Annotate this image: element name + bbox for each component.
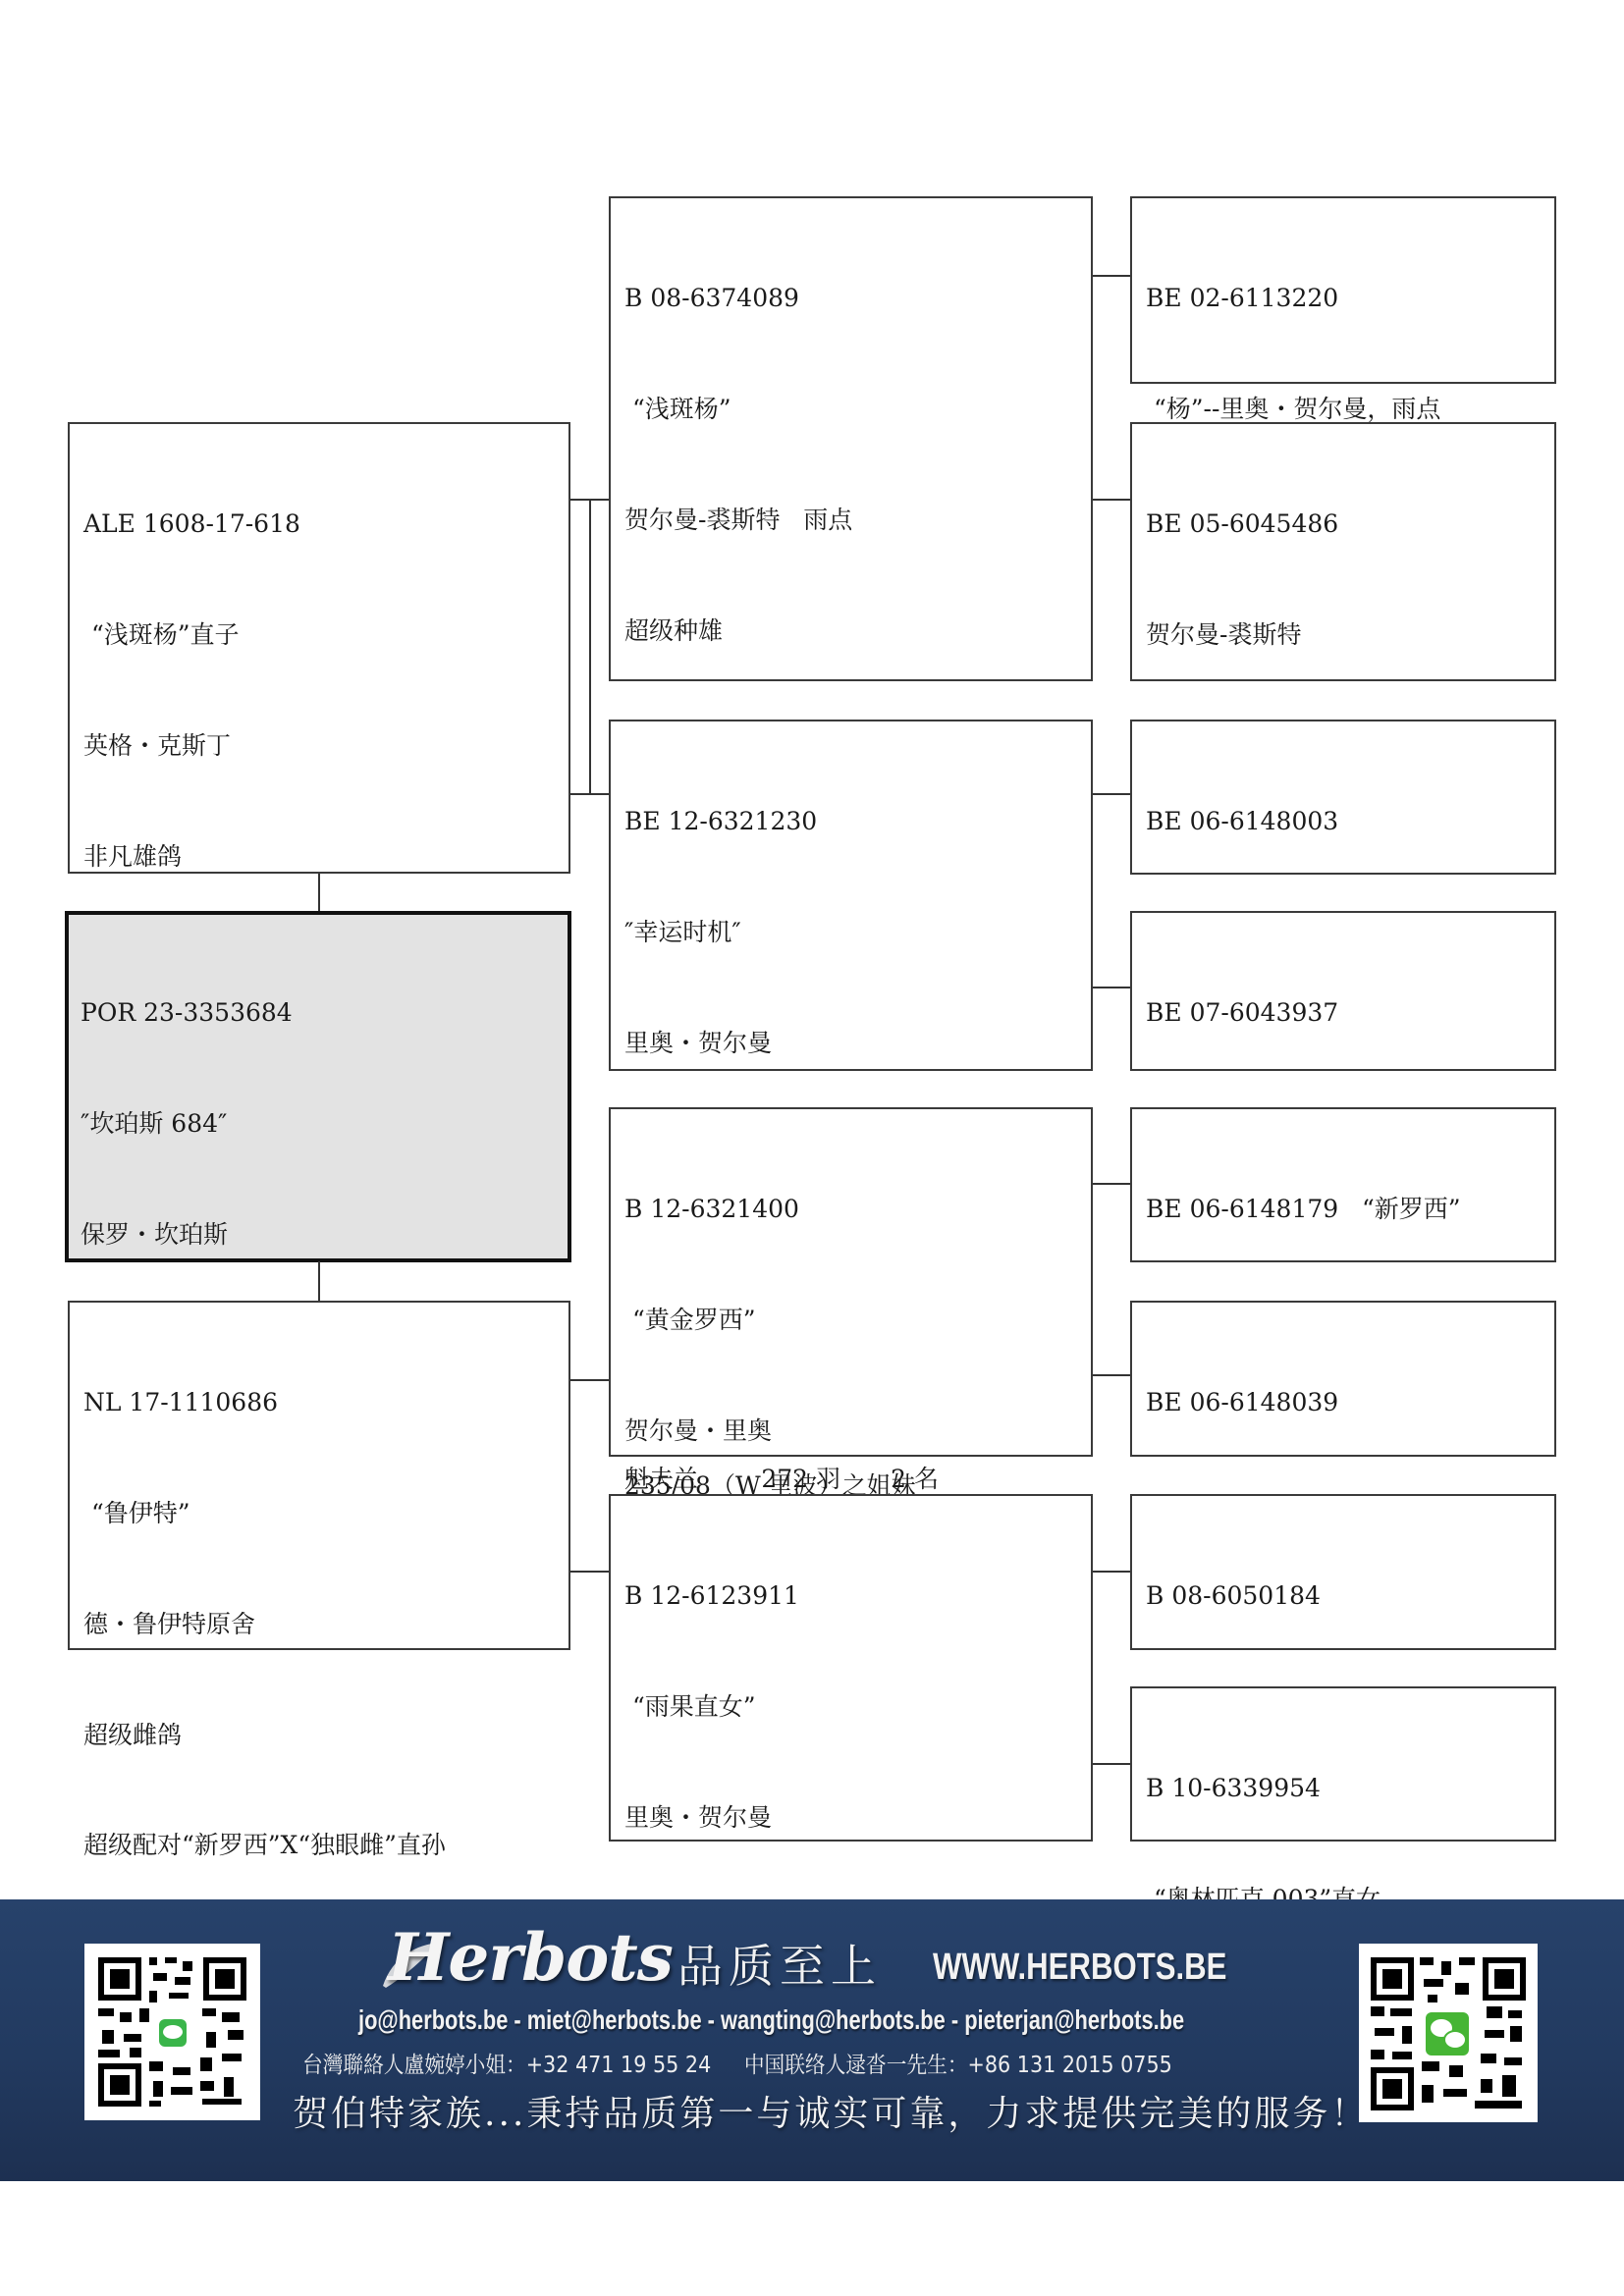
great-grandparent-card-1: BE 02-6113220 “杨”--里奥・贺尔曼，雨点 本身荣获： 02 年“… xyxy=(1130,196,1556,384)
connector-line xyxy=(570,499,590,501)
dam-note: 超级配对“新罗西”X“独眼雌”直孙 xyxy=(83,1827,555,1864)
connector-line xyxy=(570,793,590,795)
connector-line xyxy=(1093,1374,1130,1376)
subject-name: ″坎珀斯 684″ xyxy=(81,1105,556,1143)
breeder: 里奥・贺尔曼 xyxy=(624,1025,1077,1062)
ring-number: B 10-6339954 xyxy=(1146,1770,1541,1807)
connector-line xyxy=(1093,987,1130,988)
connector-line xyxy=(570,1571,609,1573)
great-grandparent-card-3: BE 06-6148003 “奥林匹克 003” 里奥・贺尔曼 雨点 超级种鸽 xyxy=(1130,720,1556,875)
great-grandparent-card-4: BE 07-6043937 “杨”之姐妹 里奥・贺尔曼 雨点 “杨”之全姐妹 xyxy=(1130,911,1556,1071)
ring-number: BE 06-6148039 xyxy=(1146,1384,1541,1421)
pigeon-name: “浅斑杨” xyxy=(624,391,1077,428)
website-link[interactable]: WWW.HERBOTS.BE xyxy=(933,1947,1226,1989)
sire-desc: 非凡雄鸽 xyxy=(83,838,555,876)
qr-pattern-icon xyxy=(1359,1944,1538,2122)
great-grandparent-card-8: B 10-6339954 “奥林匹克 003”直女 里奥・贺尔曼 xyxy=(1130,1686,1556,1842)
ring-number: BE 05-6045486 xyxy=(1146,506,1541,543)
connector-line xyxy=(318,1261,320,1301)
breeder: 贺尔曼-裘斯特 雨点 xyxy=(624,502,1077,539)
wechat-qr-code[interactable] xyxy=(1359,1944,1538,2122)
dam-card: NL 17-1110686 “鲁伊特” 德・鲁伊特原舍 超级雌鸽 超级配对“新罗… xyxy=(68,1301,570,1650)
sire-name: “浅斑杨”直子 xyxy=(83,616,555,654)
dam-name: “鲁伊特” xyxy=(83,1495,555,1532)
pigeon-name: “雨果直女” xyxy=(624,1688,1077,1726)
ring-number: BE 07-6043937 xyxy=(1146,994,1541,1032)
ring-number: B 08-6374089 xyxy=(624,280,1077,317)
dam-desc: 超级雌鸽 xyxy=(83,1717,555,1754)
brand-slogan: 品质至上 xyxy=(677,1931,882,1996)
sire-breeder: 英格・克斯丁 xyxy=(83,727,555,765)
connector-line xyxy=(1093,793,1130,795)
subject-breeder: 保罗・坎珀斯 xyxy=(81,1216,556,1254)
ring-number: BE 12-6321230 xyxy=(624,803,1077,840)
ring-number: B 08-6050184 xyxy=(1146,1577,1541,1615)
ring-number: B 12-6321400 xyxy=(624,1191,1077,1228)
connector-line xyxy=(1093,1571,1130,1573)
subject-ring: POR 23-3353684 xyxy=(81,994,556,1032)
connector-line xyxy=(570,1379,609,1381)
great-grandparent-card-7: B 08-6050184 “雨果” 里奥・贺尔曼 雨点 “奥林匹克”顶级直子 xyxy=(1130,1494,1556,1650)
connector-line xyxy=(1093,275,1130,277)
qr-pattern-icon xyxy=(84,1944,260,2120)
ring-number: BE 06-6148179 “新罗西” xyxy=(1146,1191,1541,1228)
contact-emails[interactable]: jo@herbots.be - miet@herbots.be - wangti… xyxy=(358,2004,1184,2036)
grandparent-card-4: B 12-6123911 “雨果直女” 里奥・贺尔曼 “奥林匹克 003”超级回… xyxy=(609,1494,1093,1842)
connector-line xyxy=(318,874,320,911)
ring-number: B 12-6123911 xyxy=(624,1577,1077,1615)
connector-line xyxy=(1093,499,1130,501)
dam-ring: NL 17-1110686 xyxy=(83,1384,555,1421)
contact-china: 中国联络人逯沓一先生：+86 131 2015 0755 xyxy=(744,2053,1172,2078)
pigeon-name: ″幸运时机″ xyxy=(624,914,1077,951)
contact-taiwan: 台灣聯絡人盧婉婷小姐：+32 471 19 55 24 xyxy=(302,2053,711,2078)
dam-breeder: 德・鲁伊特原舍 xyxy=(83,1606,555,1643)
great-grandparent-card-6: BE 06-6148039 “独眼雌” 雨点雌，贺尔曼・里奥 “新梦想配对”之雌… xyxy=(1130,1301,1556,1457)
footer-banner: Herbots 品质至上 WWW.HERBOTS.BE jo@herbots.b… xyxy=(0,1899,1624,2181)
breeder: 贺尔曼-裘斯特 xyxy=(1146,616,1541,654)
sire-card: ALE 1608-17-618 “浅斑杨”直子 英格・克斯丁 非凡雄鸽 已故英格… xyxy=(68,422,570,874)
pigeon-name: “黄金罗西” xyxy=(624,1302,1077,1339)
contact-phones: 台灣聯絡人盧婉婷小姐：+32 471 19 55 24 中国联络人逯沓一先生：+… xyxy=(302,2047,1199,2079)
brand-logo: Herbots xyxy=(388,1919,673,1996)
ring-number: BE 02-6113220 xyxy=(1146,280,1541,317)
ring-number: BE 06-6148003 xyxy=(1146,803,1541,840)
connector-line xyxy=(1093,1183,1130,1185)
connector-line xyxy=(589,499,609,501)
connector-line xyxy=(589,793,609,795)
connector-line xyxy=(589,499,591,795)
great-grandparent-card-5: BE 06-6148179 “新罗西” 雨点,贺尔曼・里奥 拿永：838 羽 1… xyxy=(1130,1107,1556,1262)
description: 超级种雄 xyxy=(624,613,1077,650)
sire-ring: ALE 1608-17-618 xyxy=(83,506,555,543)
breeder: 贺尔曼・里奥 xyxy=(624,1413,1077,1450)
grandparent-card-2: BE 12-6321230 ″幸运时机″ 里奥・贺尔曼 超级种雌 平辈“英格”荣… xyxy=(609,720,1093,1071)
subject-card: POR 23-3353684 ″坎珀斯 684″ 保罗・坎珀斯 非凡雄鸽 出自贺… xyxy=(65,911,571,1262)
grandparent-card-3: B 12-6321400 “黄金罗西” 贺尔曼・里奥 超级雄鸽 梦想配对“新罗西… xyxy=(609,1107,1093,1457)
great-grandparent-card-2: BE 05-6045486 贺尔曼-裘斯特 平辈“娜塔莉”536-03 获： 0… xyxy=(1130,422,1556,681)
breeder: 里奥・贺尔曼 xyxy=(624,1799,1077,1837)
connector-line xyxy=(1093,1763,1130,1765)
family-motto: 贺伯特家族...秉持品质第一与诚实可靠，力求提供完美的服务！ xyxy=(293,2086,1369,2136)
line-qr-code[interactable] xyxy=(84,1944,260,2120)
grandparent-card-1: B 08-6374089 “浅斑杨” 贺尔曼-裘斯特 雨点 超级种雄 半平辈“年… xyxy=(609,196,1093,681)
